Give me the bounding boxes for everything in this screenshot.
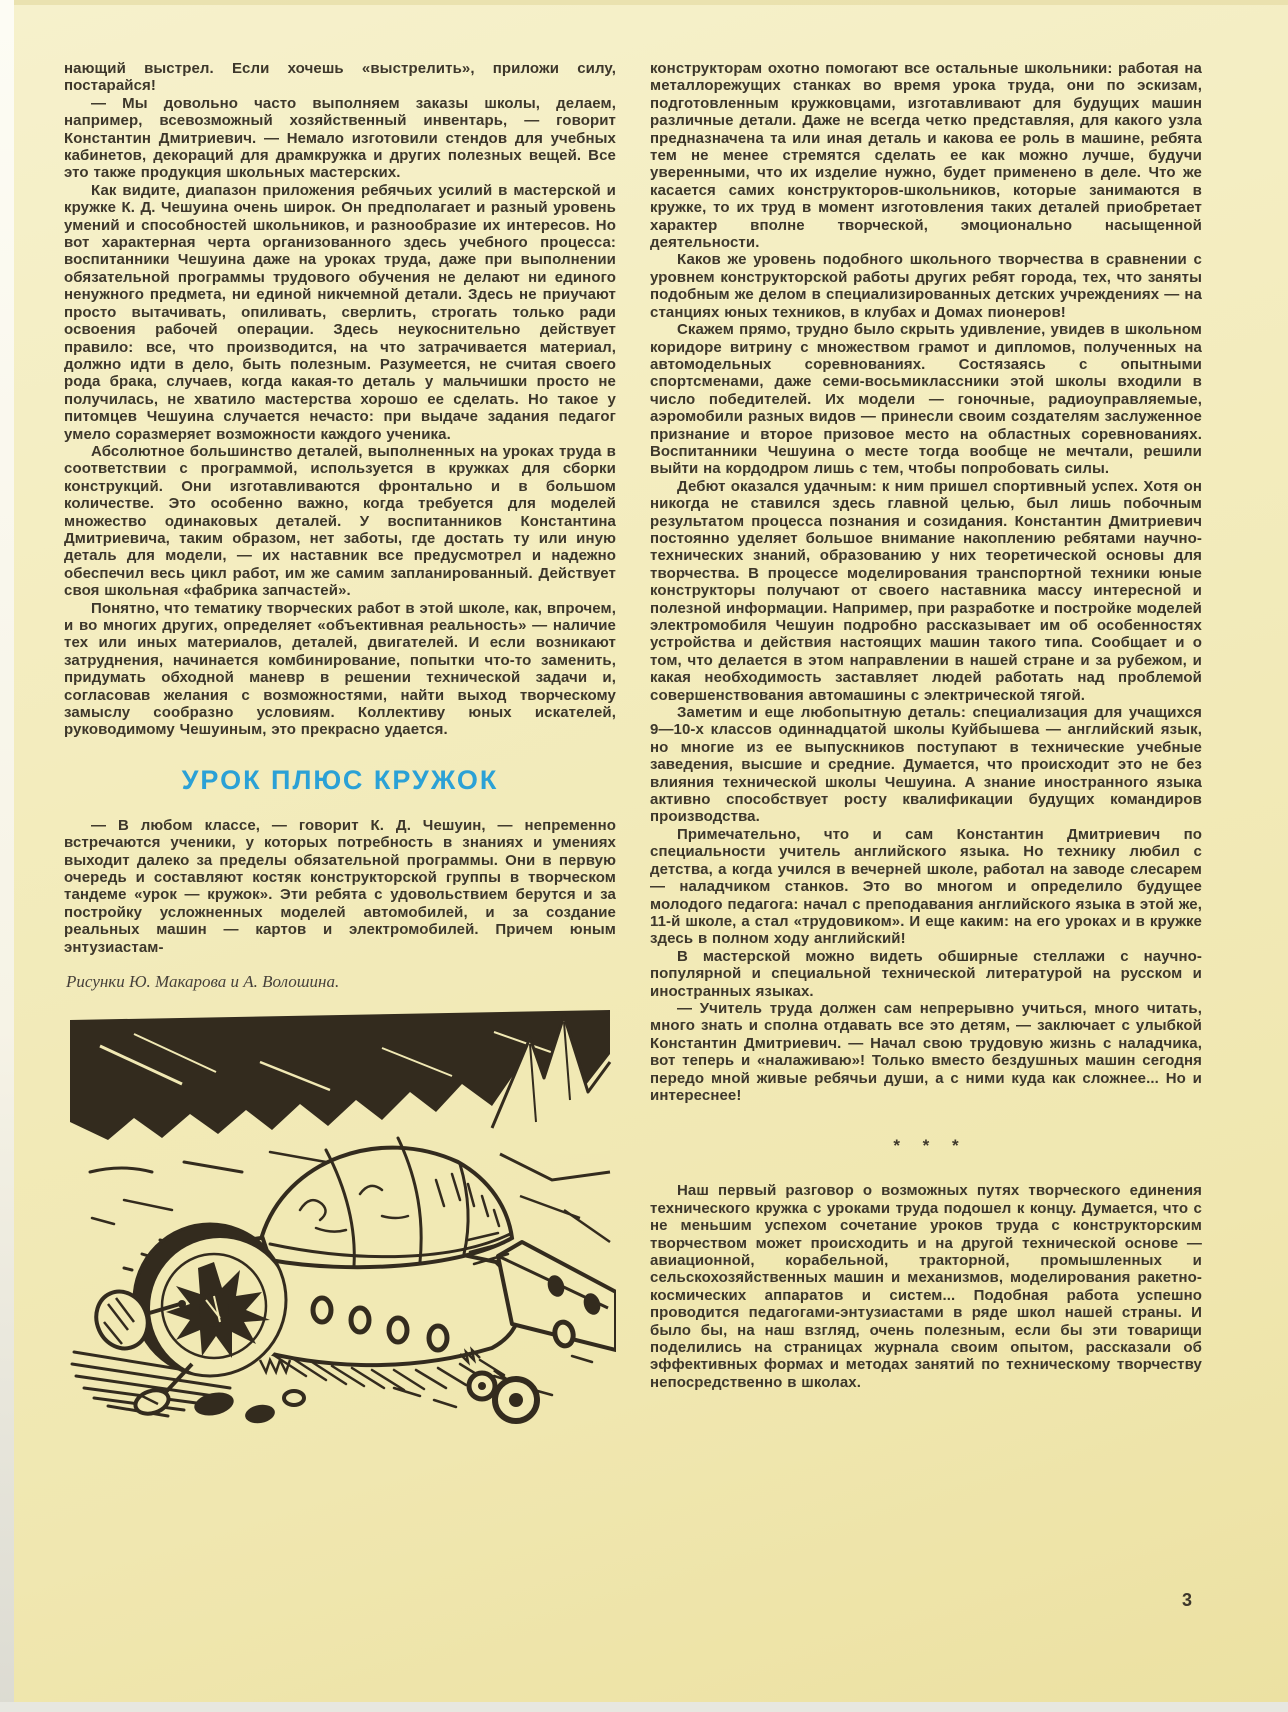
paragraph: Примечательно, что и сам Константин Дмит… bbox=[650, 826, 1202, 948]
illustration-credit: Рисунки Ю. Макарова и А. Волошина. bbox=[66, 972, 616, 992]
page-edge-left bbox=[0, 0, 14, 1712]
page-edge-top bbox=[0, 0, 1288, 5]
paragraph: Наш первый разговор о возможных путях тв… bbox=[650, 1182, 1202, 1391]
right-column: конструкторам охотно помогают все осталь… bbox=[650, 60, 1202, 1391]
right-column-text-bottom: Наш первый разговор о возможных путях тв… bbox=[650, 1182, 1202, 1391]
paragraph: Как видите, диапазон приложения ребячьих… bbox=[64, 182, 616, 443]
paragraph: Заметим и еще любопытную деталь: специал… bbox=[650, 704, 1202, 826]
futuristic-vehicle-illustration bbox=[64, 1004, 616, 1462]
page-edge-bottom bbox=[0, 1702, 1288, 1712]
page-number: 3 bbox=[1182, 1590, 1192, 1611]
paragraph: Дебют оказался удачным: к ним пришел спо… bbox=[650, 478, 1202, 704]
paragraph: Скажем прямо, трудно было скрыть удивлен… bbox=[650, 321, 1202, 478]
paragraph: — Мы довольно часто выполняем заказы шко… bbox=[64, 95, 616, 182]
section-heading: УРОК ПЛЮС КРУЖОК bbox=[64, 765, 616, 796]
paragraph: Понятно, что тематику творческих работ в… bbox=[64, 600, 616, 739]
section-divider: * * * bbox=[650, 1136, 1202, 1156]
paragraph: В мастерской можно видеть обширные стелл… bbox=[650, 948, 1202, 1000]
paragraph: нающий выстрел. Если хочешь «выстрелить»… bbox=[64, 60, 616, 95]
paragraph: — В любом классе, — говорит К. Д. Чешуин… bbox=[64, 817, 616, 956]
paragraph: — Учитель труда должен сам непрерывно уч… bbox=[650, 1000, 1202, 1104]
left-column-text-top: нающий выстрел. Если хочешь «выстрелить»… bbox=[64, 60, 616, 739]
paragraph: Каков же уровень подобного школьного тво… bbox=[650, 251, 1202, 321]
left-column: нающий выстрел. Если хочешь «выстрелить»… bbox=[64, 60, 616, 1462]
right-column-text-top: конструкторам охотно помогают все осталь… bbox=[650, 60, 1202, 1104]
magazine-page: нающий выстрел. Если хочешь «выстрелить»… bbox=[0, 0, 1288, 1712]
paragraph: Абсолютное большинство деталей, выполнен… bbox=[64, 443, 616, 600]
paragraph: конструкторам охотно помогают все осталь… bbox=[650, 60, 1202, 251]
left-column-text-after-heading: — В любом классе, — говорит К. Д. Чешуин… bbox=[64, 817, 616, 956]
